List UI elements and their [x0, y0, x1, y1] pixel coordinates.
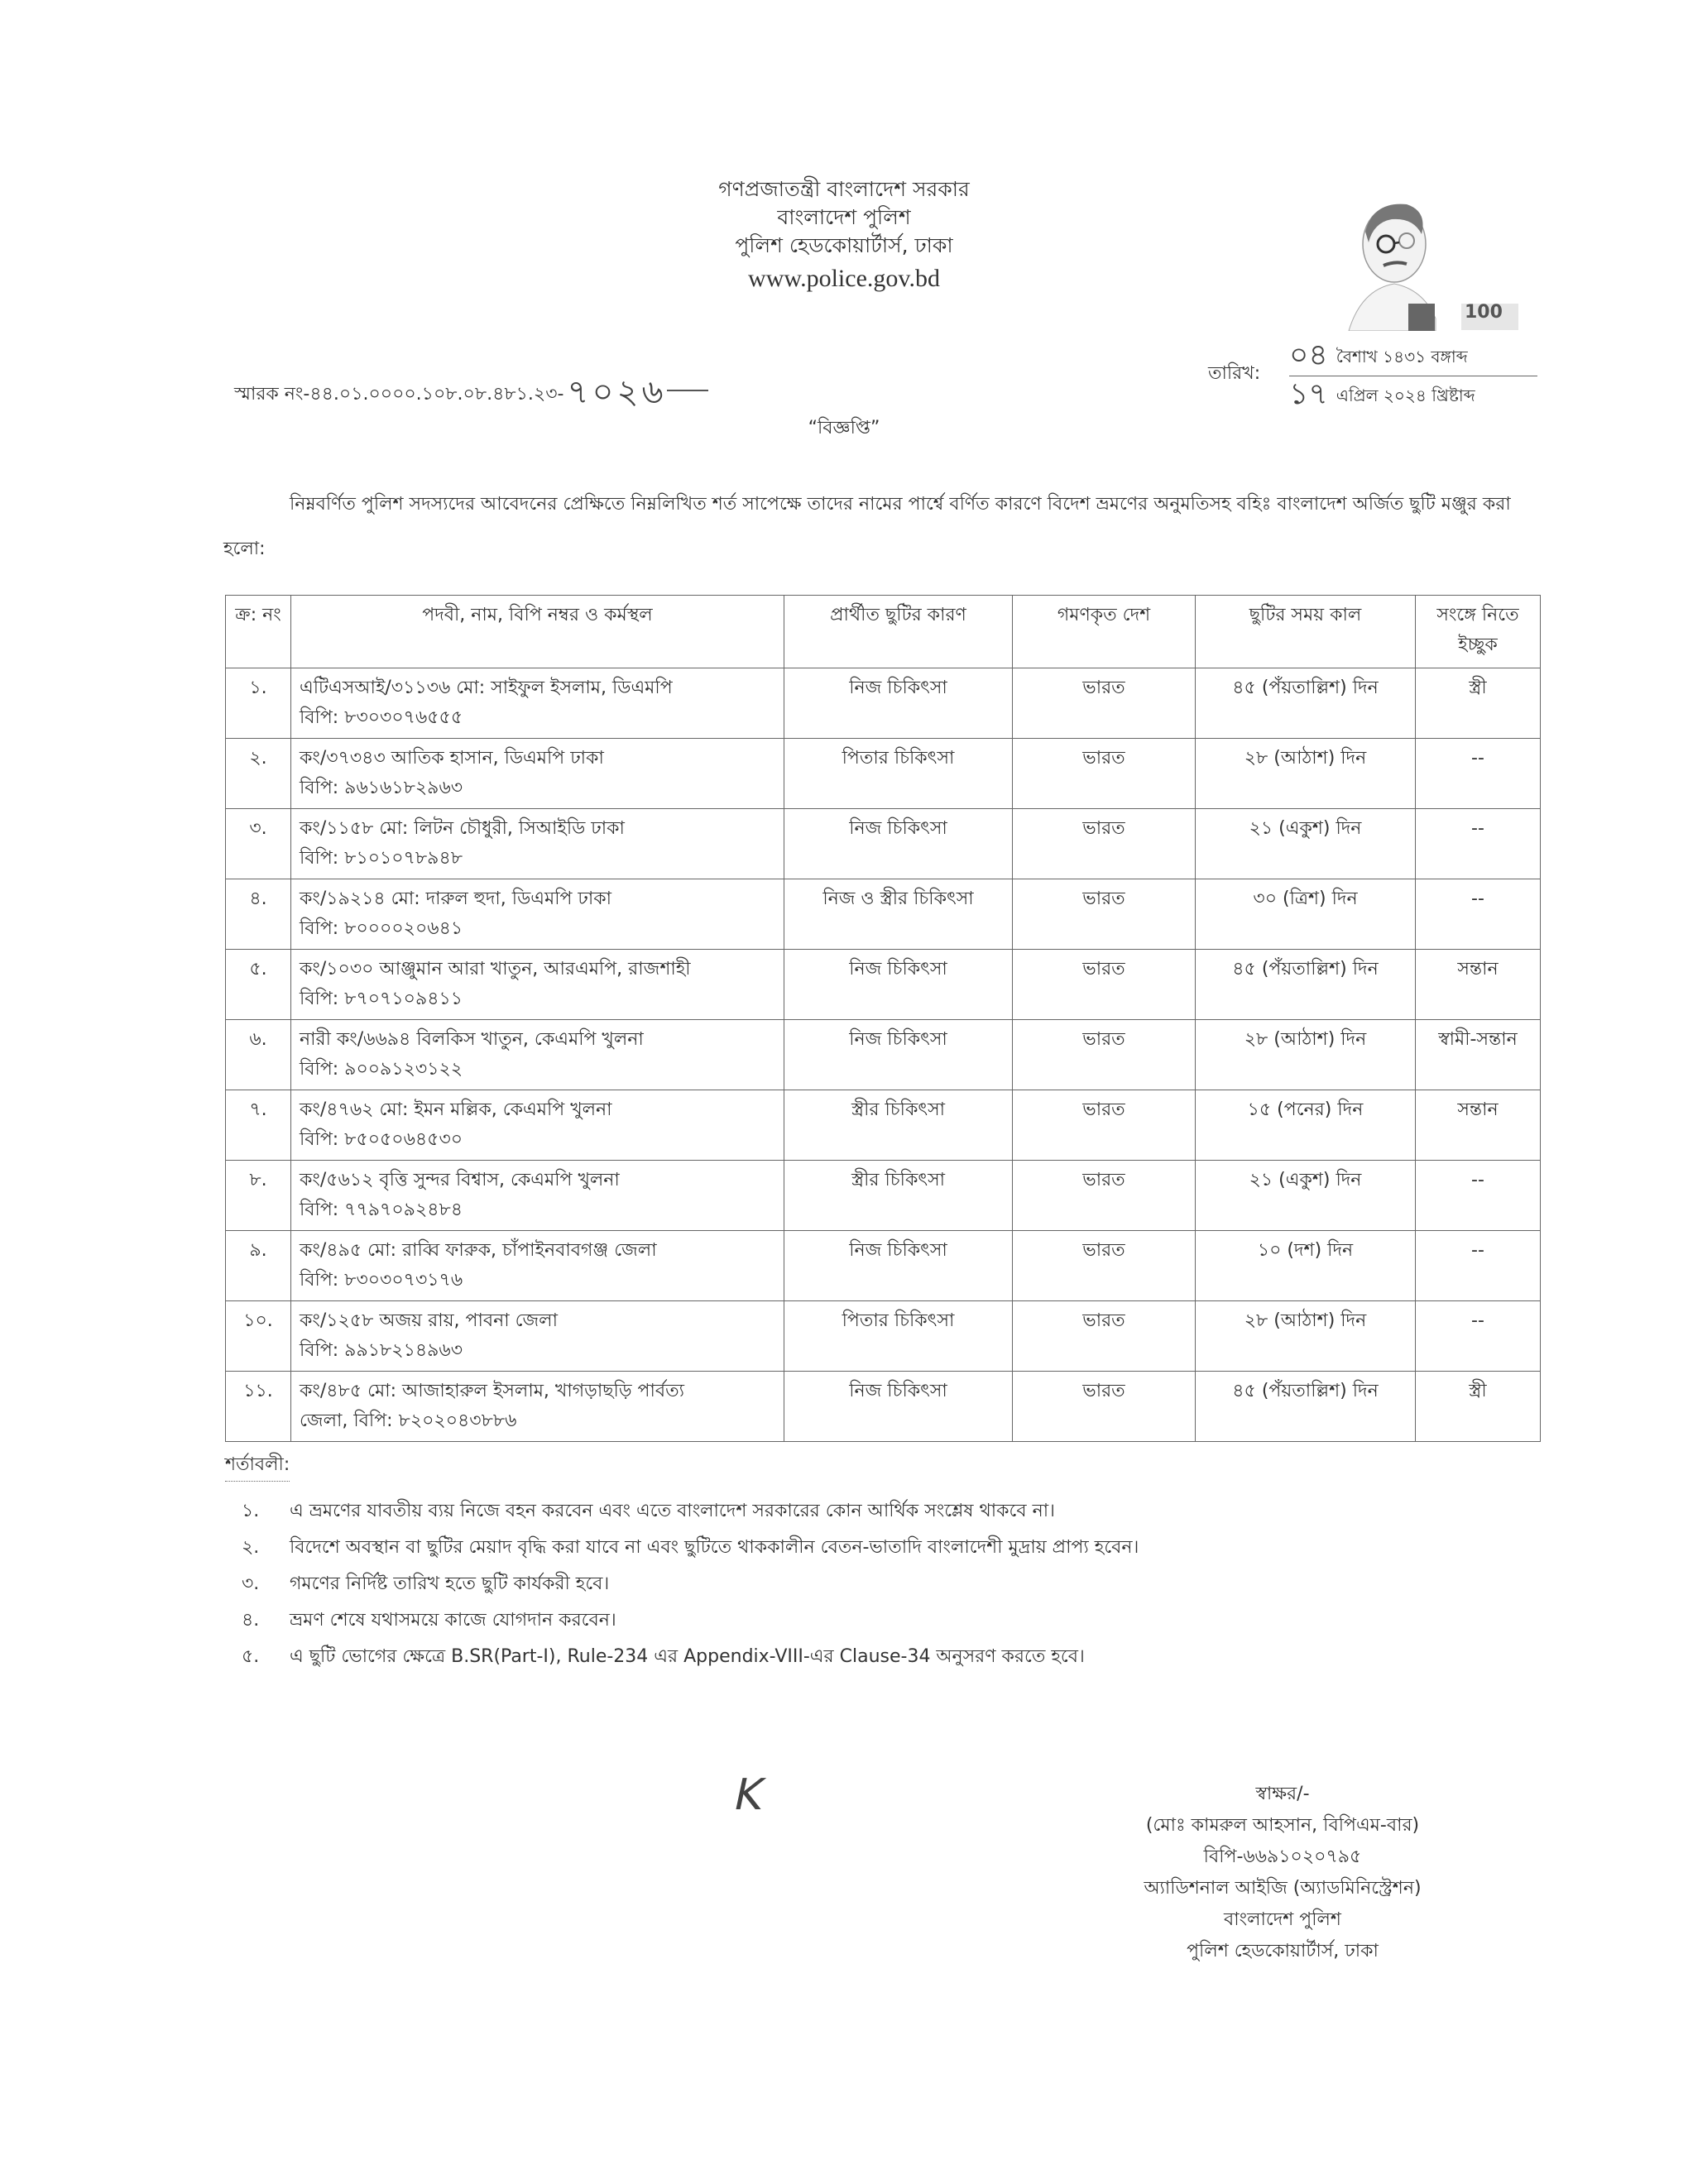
duration-cell: ১৫ (পনের) দিন	[1196, 1090, 1416, 1161]
member-bp-number: বিপি: ৮০০০০২০৬৪১	[300, 914, 775, 944]
table-row: ৪.কং/১৯২১৪ মো: দারুল হুদা, ডিএমপি ঢাকাবি…	[226, 879, 1541, 950]
member-bp-number: বিপি: ৮৭০৭১০৯৪১১	[300, 984, 775, 1014]
name-cell: কং/৪৯৫ মো: রাব্বি ফারুক, চাঁপাইনবাবগঞ্জ …	[291, 1231, 784, 1301]
bangla-date: ০৪বৈশাখ ১৪৩১ বঙ্গাব্দ	[1289, 339, 1537, 372]
country-cell: ভারত	[1013, 1301, 1196, 1372]
condition-item: ১.এ ভ্রমণের যাবতীয় ব্যয় নিজে বহন করবেন…	[225, 1493, 1466, 1530]
date-block: ০৪বৈশাখ ১৪৩১ বঙ্গাব্দ ১৭এপ্রিল ২০২৪ খ্রি…	[1289, 339, 1537, 411]
serial-cell: ৩.	[226, 809, 291, 879]
name-cell: নারী কং/৬৬৯৪ বিলকিস খাতুন, কেএমপি খুলনাব…	[291, 1020, 784, 1090]
duration-cell: ২১ (একুশ) দিন	[1196, 1161, 1416, 1231]
member-name: এটিএসআই/৩১১৩৬ মো: সাইফুল ইসলাম, ডিএমপি	[300, 673, 775, 703]
table-row: ২.কং/৩৭৩৪৩ আতিক হাসান, ডিএমপি ঢাকাবিপি: …	[226, 739, 1541, 809]
reason-cell: পিতার চিকিৎসা	[784, 739, 1013, 809]
serial-cell: ২.	[226, 739, 291, 809]
signatory-bp: বিপি-৬৬৯১০২০৭৯৫	[1076, 1842, 1489, 1873]
companion-cell: স্বামী-সন্তান	[1416, 1020, 1541, 1090]
condition-item: ৩.গমণের নির্দিষ্ট তারিখ হতে ছুটি কার্যকর…	[225, 1566, 1466, 1602]
reason-cell: নিজ চিকিৎসা	[784, 809, 1013, 879]
name-cell: কং/১১৫৮ মো: লিটন চৌধুরী, সিআইডি ঢাকাবিপি…	[291, 809, 784, 879]
companion-cell: --	[1416, 1231, 1541, 1301]
duration-cell: ৪৫ (পঁয়তাল্লিশ) দিন	[1196, 668, 1416, 739]
member-bp-number: বিপি: ৮৩০৩০৭৬৫৫৫	[300, 703, 775, 733]
notice-title: “বিজ্ঞপ্তি”	[0, 414, 1688, 444]
english-day: ১৭	[1289, 377, 1328, 411]
table-header-row: ক্র: নং পদবী, নাম, বিপি নম্বর ও কর্মস্থল…	[226, 596, 1541, 668]
serial-cell: ৫.	[226, 950, 291, 1020]
condition-number: ৪.	[242, 1602, 290, 1639]
reason-cell: পিতার চিকিৎসা	[784, 1301, 1013, 1372]
member-name: কং/১৯২১৪ মো: দারুল হুদা, ডিএমপি ঢাকা	[300, 884, 775, 914]
duration-cell: ২৮ (আঠাশ) দিন	[1196, 739, 1416, 809]
condition-text: এ ভ্রমণের যাবতীয় ব্যয় নিজে বহন করবেন এ…	[290, 1493, 1055, 1530]
country-cell: ভারত	[1013, 879, 1196, 950]
companion-cell: সন্তান	[1416, 1090, 1541, 1161]
table-row: ৯.কং/৪৯৫ মো: রাব্বি ফারুক, চাঁপাইনবাবগঞ্…	[226, 1231, 1541, 1301]
member-bp-number: জেলা, বিপি: ৮২০২০৪৩৮৮৬	[300, 1406, 775, 1436]
date-divider	[1289, 376, 1537, 376]
header-reason: প্রার্থীত ছুটির কারণ	[784, 596, 1013, 668]
member-name: কং/৪৭৬২ মো: ইমন মল্লিক, কেএমপি খুলনা	[300, 1095, 775, 1125]
table-row: ৬.নারী কং/৬৬৯৪ বিলকিস খাতুন, কেএমপি খুলন…	[226, 1020, 1541, 1090]
table-row: ৭.কং/৪৭৬২ মো: ইমন মল্লিক, কেএমপি খুলনাবি…	[226, 1090, 1541, 1161]
condition-number: ২.	[242, 1530, 290, 1566]
condition-text: ভ্রমণ শেষে যথাসময়ে কাজে যোগদান করবেন।	[290, 1602, 616, 1639]
reason-cell: স্ত্রীর চিকিৎসা	[784, 1161, 1013, 1231]
table-row: ৩.কং/১১৫৮ মো: লিটন চৌধুরী, সিআইডি ঢাকাবি…	[226, 809, 1541, 879]
intro-paragraph: নিম্নবর্ণিত পুলিশ সদস্যদের আবেদনের প্রেক…	[223, 482, 1547, 572]
signature-block: স্বাক্ষর/- (মোঃ কামরুল আহসান, বিপিএম-বার…	[1076, 1779, 1489, 1967]
header-serial: ক্র: নং	[226, 596, 291, 668]
member-name: কং/৫৬১২ বৃত্তি সুন্দর বিশ্বাস, কেএমপি খু…	[300, 1166, 775, 1195]
mujib-centenary-logo: 100 মুজিব শতবর্ষ	[1316, 186, 1518, 331]
member-bp-number: বিপি: ৯০০৯১২৩১২২	[300, 1055, 775, 1085]
header-name: পদবী, নাম, বিপি নম্বর ও কর্মস্থল	[291, 596, 784, 668]
country-cell: ভারত	[1013, 950, 1196, 1020]
member-bp-number: বিপি: ৭৭৯৭০৯২৪৮৪	[300, 1195, 775, 1225]
serial-cell: ১.	[226, 668, 291, 739]
condition-item: ৫.এ ছুটি ভোগের ক্ষেত্রে B.SR(Part-I), Ru…	[225, 1639, 1466, 1675]
member-name: কং/১০৩০ আঞ্জুমান আরা খাতুন, আরএমপি, রাজশ…	[300, 955, 775, 984]
date-label: তারিখ:	[1208, 359, 1260, 390]
member-name: কং/১২৫৮ অজয় রায়, পাবনা জেলা	[300, 1306, 775, 1336]
conditions-heading: শর্তাবলী:	[225, 1450, 290, 1482]
reason-cell: নিজ চিকিৎসা	[784, 668, 1013, 739]
condition-text: বিদেশে অবস্থান বা ছুটির মেয়াদ বৃদ্ধি কর…	[290, 1530, 1139, 1566]
name-cell: কং/৪৭৬২ মো: ইমন মল্লিক, কেএমপি খুলনাবিপি…	[291, 1090, 784, 1161]
condition-text: গমণের নির্দিষ্ট তারিখ হতে ছুটি কার্যকরী …	[290, 1566, 609, 1602]
country-cell: ভারত	[1013, 1372, 1196, 1442]
duration-cell: ৪৫ (পঁয়তাল্লিশ) দিন	[1196, 950, 1416, 1020]
header-country: গমণকৃত দেশ	[1013, 596, 1196, 668]
country-cell: ভারত	[1013, 1090, 1196, 1161]
condition-number: ৫.	[242, 1639, 290, 1675]
member-name: কং/৩৭৩৪৩ আতিক হাসান, ডিএমপি ঢাকা	[300, 744, 775, 773]
country-cell: ভারত	[1013, 739, 1196, 809]
condition-item: ২.বিদেশে অবস্থান বা ছুটির মেয়াদ বৃদ্ধি …	[225, 1530, 1466, 1566]
serial-cell: ১১.	[226, 1372, 291, 1442]
member-bp-number: বিপি: ৮১০১০৭৮৯৪৮	[300, 844, 775, 874]
name-cell: কং/১২৫৮ অজয় রায়, পাবনা জেলাবিপি: ৯৯১৮২…	[291, 1301, 784, 1372]
member-name: কং/১১৫৮ মো: লিটন চৌধুরী, সিআইডি ঢাকা	[300, 814, 775, 844]
duration-cell: ৪৫ (পঁয়তাল্লিশ) দিন	[1196, 1372, 1416, 1442]
member-bp-number: বিপি: ৯৬১৬১৮২৯৬৩	[300, 773, 775, 803]
signatory-org: বাংলাদেশ পুলিশ	[1076, 1904, 1489, 1936]
reason-cell: নিজ ও স্ত্রীর চিকিৎসা	[784, 879, 1013, 950]
reason-cell: নিজ চিকিৎসা	[784, 1372, 1013, 1442]
leave-table: ক্র: নং পদবী, নাম, বিপি নম্বর ও কর্মস্থল…	[225, 595, 1541, 1442]
english-month-year: এপ্রিল ২০২৪ খ্রিষ্টাব্দ	[1336, 386, 1475, 405]
conditions-section: শর্তাবলী: ১.এ ভ্রমণের যাবতীয় ব্যয় নিজে…	[225, 1450, 1466, 1675]
signature-mark: স্বাক্ষর/-	[1076, 1779, 1489, 1810]
serial-cell: ৯.	[226, 1231, 291, 1301]
serial-cell: ৭.	[226, 1090, 291, 1161]
companion-cell: সন্তান	[1416, 950, 1541, 1020]
member-bp-number: বিপি: ৮৫০৫০৬৪৫৩০	[300, 1125, 775, 1155]
duration-cell: ২৮ (আঠাশ) দিন	[1196, 1020, 1416, 1090]
logo-number: 100	[1465, 302, 1503, 323]
companion-cell: --	[1416, 1161, 1541, 1231]
member-name: নারী কং/৬৬৯৪ বিলকিস খাতুন, কেএমপি খুলনা	[300, 1025, 775, 1055]
duration-cell: ২৮ (আঠাশ) দিন	[1196, 1301, 1416, 1372]
condition-number: ১.	[242, 1493, 290, 1530]
reason-cell: স্ত্রীর চিকিৎসা	[784, 1090, 1013, 1161]
bangla-day: ০৪	[1289, 338, 1328, 372]
condition-number: ৩.	[242, 1566, 290, 1602]
companion-cell: --	[1416, 739, 1541, 809]
member-bp-number: বিপি: ৮৩০৩০৭৩১৭৬	[300, 1266, 775, 1296]
serial-cell: ৪.	[226, 879, 291, 950]
table-row: ৫.কং/১০৩০ আঞ্জুমান আরা খাতুন, আরএমপি, রা…	[226, 950, 1541, 1020]
serial-cell: ৬.	[226, 1020, 291, 1090]
country-cell: ভারত	[1013, 1231, 1196, 1301]
name-cell: কং/৪৮৫ মো: আজাহারুল ইসলাম, খাগড়াছড়ি পা…	[291, 1372, 784, 1442]
memo-label: স্মারক নং-৪৪.০১.০০০০.১০৮.০৮.৪৮১.২৩-	[234, 384, 563, 405]
signatory-designation: অ্যাডিশনাল আইজি (অ্যাডমিনিস্ট্রেশন)	[1076, 1873, 1489, 1904]
name-cell: কং/৩৭৩৪৩ আতিক হাসান, ডিএমপি ঢাকাবিপি: ৯৬…	[291, 739, 784, 809]
reason-cell: নিজ চিকিৎসা	[784, 950, 1013, 1020]
member-name: কং/৪৮৫ মো: আজাহারুল ইসলাম, খাগড়াছড়ি পা…	[300, 1377, 775, 1406]
serial-cell: ৮.	[226, 1161, 291, 1231]
underline-stroke	[667, 390, 708, 391]
country-cell: ভারত	[1013, 1161, 1196, 1231]
english-date: ১৭এপ্রিল ২০২৪ খ্রিষ্টাব্দ	[1289, 378, 1537, 411]
reason-cell: নিজ চিকিৎসা	[784, 1020, 1013, 1090]
handwritten-initial: K	[730, 1770, 769, 1820]
signatory-name: (মোঃ কামরুল আহসান, বিপিএম-বার)	[1076, 1810, 1489, 1842]
serial-cell: ১০.	[226, 1301, 291, 1372]
name-cell: এটিএসআই/৩১১৩৬ মো: সাইফুল ইসলাম, ডিএমপিবি…	[291, 668, 784, 739]
country-cell: ভারত	[1013, 1020, 1196, 1090]
name-cell: কং/১০৩০ আঞ্জুমান আরা খাতুন, আরএমপি, রাজশ…	[291, 950, 784, 1020]
name-cell: কং/১৯২১৪ মো: দারুল হুদা, ডিএমপি ঢাকাবিপি…	[291, 879, 784, 950]
country-cell: ভারত	[1013, 809, 1196, 879]
member-bp-number: বিপি: ৯৯১৮২১৪৯৬৩	[300, 1336, 775, 1366]
companion-cell: --	[1416, 809, 1541, 879]
table-row: ১.এটিএসআই/৩১১৩৬ মো: সাইফুল ইসলাম, ডিএমপি…	[226, 668, 1541, 739]
name-cell: কং/৫৬১২ বৃত্তি সুন্দর বিশ্বাস, কেএমপি খু…	[291, 1161, 784, 1231]
bangla-month-year: বৈশাখ ১৪৩১ বঙ্গাব্দ	[1336, 347, 1468, 366]
condition-text: এ ছুটি ভোগের ক্ষেত্রে B.SR(Part-I), Rule…	[290, 1639, 1085, 1675]
member-name: কং/৪৯৫ মো: রাব্বি ফারুক, চাঁপাইনবাবগঞ্জ …	[300, 1236, 775, 1266]
table-row: ৮.কং/৫৬১২ বৃত্তি সুন্দর বিশ্বাস, কেএমপি …	[226, 1161, 1541, 1231]
companion-cell: স্ত্রী	[1416, 1372, 1541, 1442]
table-row: ১১.কং/৪৮৫ মো: আজাহারুল ইসলাম, খাগড়াছড়ি…	[226, 1372, 1541, 1442]
memo-number: স্মারক নং-৪৪.০১.০০০০.১০৮.০৮.৪৮১.২৩-৭০২৬	[234, 366, 708, 421]
duration-cell: ১০ (দশ) দিন	[1196, 1231, 1416, 1301]
header-companion: সংঙ্গে নিতে ইচ্ছুক	[1416, 596, 1541, 668]
duration-cell: ২১ (একুশ) দিন	[1196, 809, 1416, 879]
header-duration: ছুটির সময় কাল	[1196, 596, 1416, 668]
companion-cell: --	[1416, 1301, 1541, 1372]
reason-cell: নিজ চিকিৎসা	[784, 1231, 1013, 1301]
companion-cell: স্ত্রী	[1416, 668, 1541, 739]
duration-cell: ৩০ (ত্রিশ) দিন	[1196, 879, 1416, 950]
companion-cell: --	[1416, 879, 1541, 950]
country-cell: ভারত	[1013, 668, 1196, 739]
memo-handwritten-number: ৭০২৬	[567, 373, 666, 411]
table-row: ১০.কং/১২৫৮ অজয় রায়, পাবনা জেলাবিপি: ৯৯…	[226, 1301, 1541, 1372]
condition-item: ৪.ভ্রমণ শেষে যথাসময়ে কাজে যোগদান করবেন।	[225, 1602, 1466, 1639]
signatory-office: পুলিশ হেডকোয়ার্টার্স, ঢাকা	[1076, 1936, 1489, 1967]
